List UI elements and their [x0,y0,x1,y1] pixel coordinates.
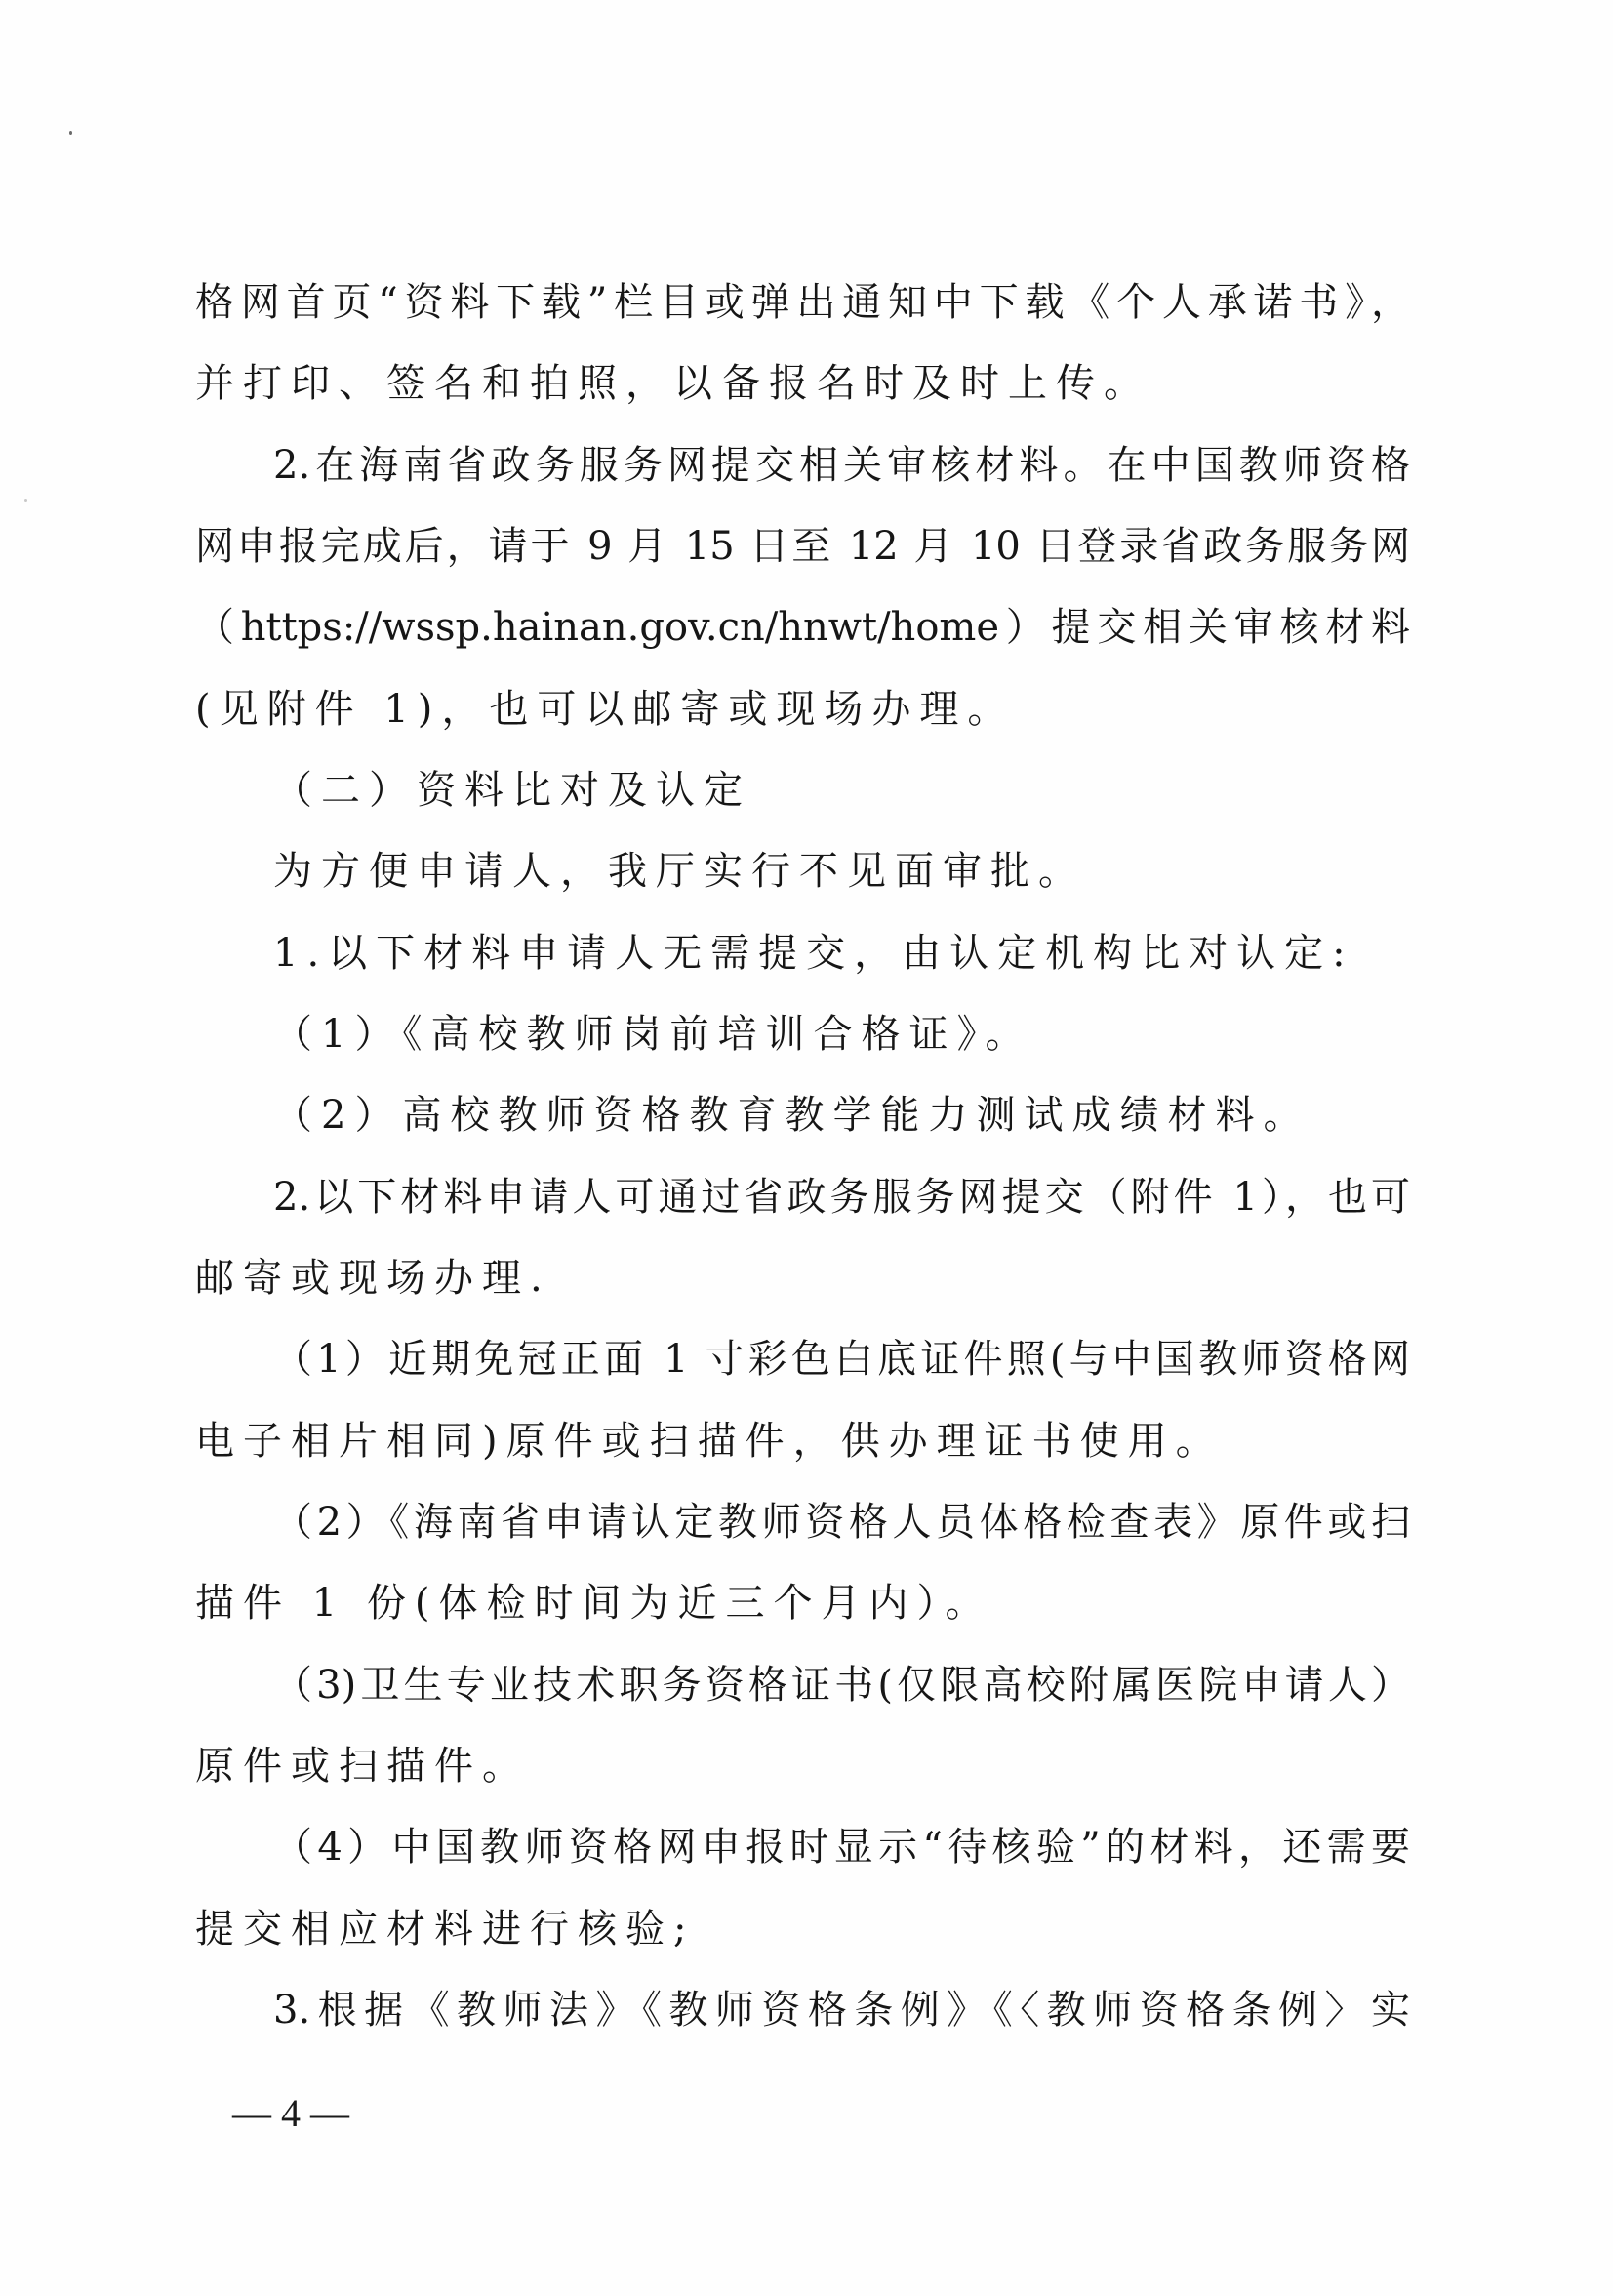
text-line: 1.以下材料申请人无需提交，由认定机构比对认定: [273,928,1410,979]
text-line: 邮寄或现场办理. [195,1253,1410,1304]
text-line: (见附件 1)，也可以邮寄或现场办理。 [195,684,1410,735]
text-line: 格网首页“资料下载”栏目或弹出通知中下载《个人承诺书》， [195,277,1410,328]
list-item: 原件或扫描件。 [195,1741,1410,1792]
text-line: 并打印、签名和拍照，以备报名时及时上传。 [195,358,1410,409]
document-page: 格网首页“资料下载”栏目或弹出通知中下载《个人承诺书》， 并打印、签名和拍照，以… [0,0,1613,2296]
text-line: 2.以下材料申请人可通过省政务服务网提交（附件 1），也可 [273,1172,1410,1223]
list-item: 电子相片相同)原件或扫描件，供办理证书使用。 [195,1416,1410,1467]
list-item: （1）近期免冠正面 1 寸彩色白底证件照(与中国教师资格网 [273,1334,1410,1385]
text-line-url: （https://wssp.hainan.gov.cn/hnwt/home）提交… [195,602,1410,653]
scan-speck [69,131,72,135]
text-line: 3.根据《教师法》《教师资格条例》《〈教师资格条例〉实 [273,1985,1410,2035]
page-number: — 4 — [232,2088,349,2139]
list-item: 描件 1 份(体检时间为近三个月内）。 [195,1578,1410,1629]
list-item: （2）《海南省申请认定教师资格人员体格检查表》原件或扫 [273,1497,1410,1548]
list-item: （4）中国教师资格网申报时显示“待核验”的材料，还需要 [273,1822,1410,1873]
list-item: （1）《高校教师岗前培训合格证》。 [273,1009,1410,1060]
list-item: （2）高校教师资格教育教学能力测试成绩材料。 [273,1090,1410,1141]
scan-speck [24,499,27,502]
list-item: 提交相应材料进行核验; [195,1904,1410,1954]
list-item: （3)卫生专业技术职务资格证书(仅限高校附属医院申请人） [273,1660,1410,1711]
text-line: 为方便申请人，我厅实行不见面审批。 [273,846,1410,897]
text-line: 2.在海南省政务服务网提交相关审核材料。在中国教师资格 [273,440,1410,491]
section-heading: （二）资料比对及认定 [273,765,1410,816]
text-line: 网申报完成后，请于 9 月 15 日至 12 月 10 日登录省政务服务网 [195,521,1410,572]
